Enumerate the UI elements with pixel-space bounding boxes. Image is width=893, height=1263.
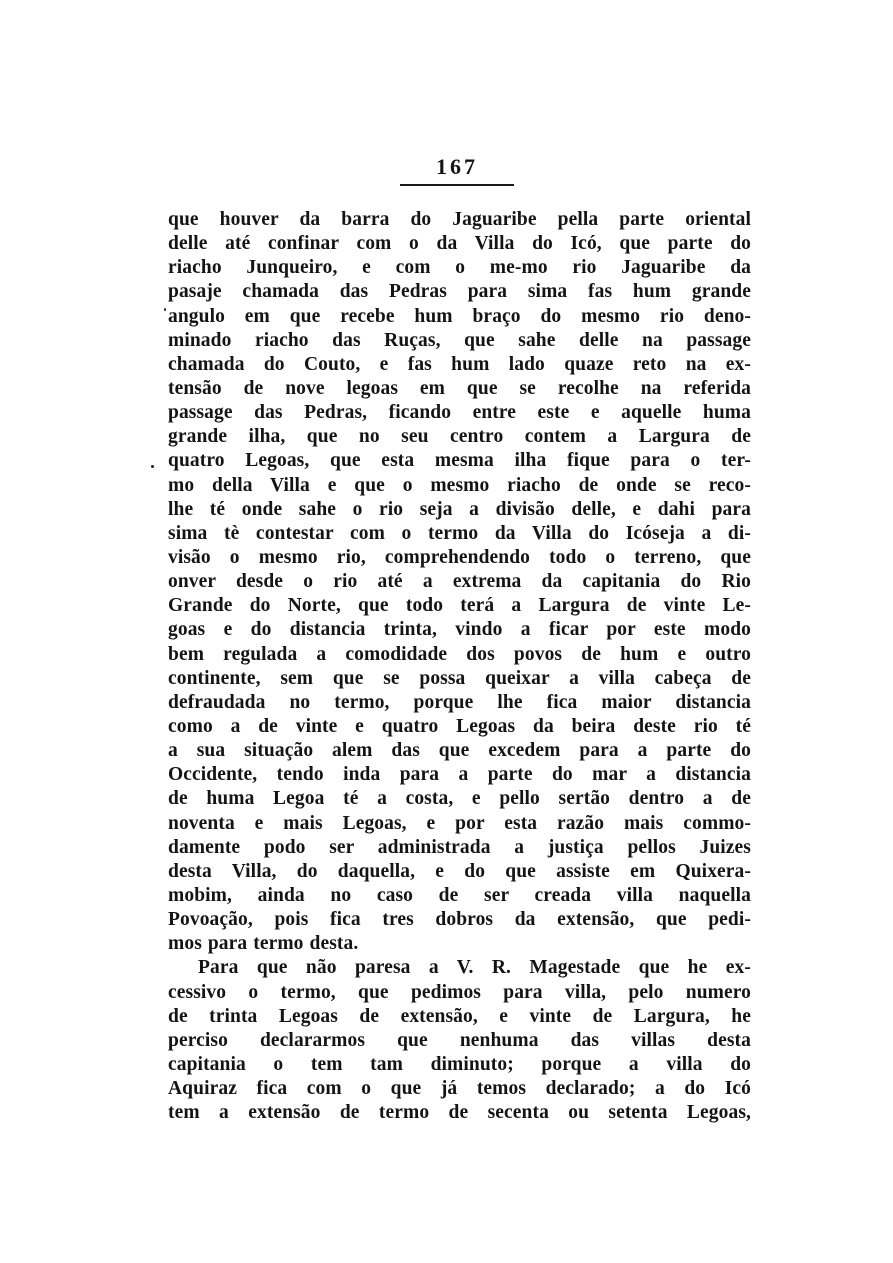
text-line: que houver da barra do Jaguaribe pella p…	[168, 208, 751, 232]
text-line: lhe té onde sahe o rio seja a divisão de…	[168, 498, 751, 522]
page-number: 167	[400, 154, 514, 180]
text-line: Grande do Norte, que todo terá a Largura…	[168, 594, 751, 618]
text-line: cessivo o termo, que pedimos para villa,…	[168, 981, 751, 1005]
text-line: defraudada no termo, porque lhe fica mai…	[168, 691, 751, 715]
document-page: 167 que houver da barra do Jaguaribe pel…	[0, 0, 893, 1263]
text-line: tem a extensão de termo de secenta ou se…	[168, 1101, 751, 1125]
text-line: de trinta Legoas de extensão, e vinte de…	[168, 1005, 751, 1029]
text-line: onver desde o rio até a extrema da capit…	[168, 570, 751, 594]
text-line: mobim, ainda no caso de ser creada villa…	[168, 884, 751, 908]
text-line: quatro Legoas, que esta mesma ilha fique…	[168, 449, 751, 473]
text-line: visão o mesmo rio, comprehendendo todo o…	[168, 546, 751, 570]
text-line: tensão de nove legoas em que se recolhe …	[168, 377, 751, 401]
text-line: Aquiraz fica com o que já temos declarad…	[168, 1077, 751, 1101]
text-line: passage das Pedras, ficando entre este e…	[168, 401, 751, 425]
paragraph-first-line: Para que não paresa a V. R. Magestade qu…	[168, 956, 751, 980]
text-line: continente, sem que se possa queixar a v…	[168, 667, 751, 691]
paragraph-last-line: mos para termo desta.	[168, 932, 751, 956]
text-line: pasaje chamada das Pedras para sima fas …	[168, 280, 751, 304]
text-line: angulo em que recebe hum braço do mesmo …	[168, 305, 751, 329]
text-line: desta Villa, do daquella, e do que assis…	[168, 860, 751, 884]
ink-speck	[151, 465, 154, 468]
text-line: damente podo ser administrada a justiça …	[168, 836, 751, 860]
text-line: perciso declararmos que nenhuma das vill…	[168, 1029, 751, 1053]
text-line: Occidente, tendo inda para a parte do ma…	[168, 763, 751, 787]
body-text: que houver da barra do Jaguaribe pella p…	[168, 208, 751, 1125]
text-line: Povoação, pois fica tres dobros da exten…	[168, 908, 751, 932]
text-line: noventa e mais Legoas, e por esta razão …	[168, 812, 751, 836]
text-line: goas e do distancia trinta, vindo a fica…	[168, 618, 751, 642]
text-line: de huma Legoa té a costa, e pello sertão…	[168, 787, 751, 811]
text-line: delle até confinar com o da Villa do Icó…	[168, 232, 751, 256]
text-line: mo della Villa e que o mesmo riacho de o…	[168, 474, 751, 498]
text-line: bem regulada a comodidade dos povos de h…	[168, 643, 751, 667]
page-number-rule	[400, 184, 514, 186]
text-line: chamada do Couto, e fas hum lado quaze r…	[168, 353, 751, 377]
text-line: a sua situação alem das que excedem para…	[168, 739, 751, 763]
text-line: sima tè contestar com o termo da Villa d…	[168, 522, 751, 546]
text-line: minado riacho das Ruças, que sahe delle …	[168, 329, 751, 353]
text-line: capitania o tem tam diminuto; porque a v…	[168, 1053, 751, 1077]
text-line: grande ilha, que no seu centro contem a …	[168, 425, 751, 449]
text-line: riacho Junqueiro, e com o me-mo rio Jagu…	[168, 256, 751, 280]
ink-speck	[164, 308, 166, 311]
text-line: como a de vinte e quatro Legoas da beira…	[168, 715, 751, 739]
